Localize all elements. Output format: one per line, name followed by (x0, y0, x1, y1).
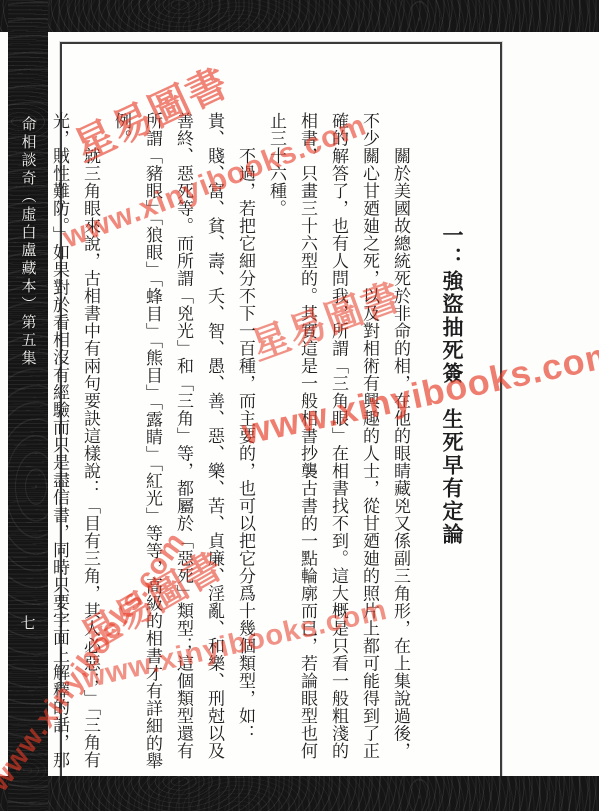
chapter-title: 一：強盜抽死簽 生死早有定論 (434, 112, 470, 770)
paragraph-2: 不過，若把它細分不下一百種，而主要的，也可以把它分爲十幾個類型，如：貴、賤、富、… (106, 112, 261, 770)
scan-edge-top (0, 0, 599, 32)
book-scan-page: 命相談奇（虛白盧藏本）第五集 七 一：強盜抽死簽 生死早有定論 關於美國故總統死… (0, 0, 599, 811)
page-text: 一：強盜抽死簽 生死早有定論 關於美國故總統死於非命的相，在他的眼睛藏兇又係副三… (72, 112, 470, 770)
paragraph-3: 就三角眼來說，古相書中有兩句要訣這樣說：「目有三角，其人必惡；」「三角有光，賊性… (44, 112, 106, 770)
scan-edge-bottom (0, 776, 599, 811)
paragraph-1: 關於美國故總統死於非命的相，在他的眼睛藏兇又係副三角形，在上集說過後，不少關心甘… (261, 112, 416, 770)
page-number: 七 (8, 612, 48, 633)
book-spine: 命相談奇（虛白盧藏本）第五集 七 (8, 0, 48, 811)
text-frame: 一：強盜抽死簽 生死早有定論 關於美國故總統死於非命的相，在他的眼睛藏兇又係副三… (60, 42, 502, 784)
spine-book-title: 命相談奇（虛白盧藏本）第五集 (18, 116, 39, 368)
